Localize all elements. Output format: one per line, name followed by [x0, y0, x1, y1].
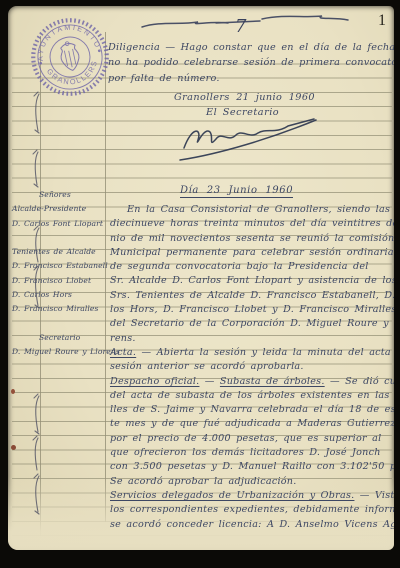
handwritten-line: [12, 231, 106, 245]
handwritten-line: los Hors, D. Francisco Llobet y D. Franc…: [110, 303, 394, 317]
handwritten-line: de segunda convocatoria bajo la Presiden…: [110, 260, 394, 274]
handwritten-line: D. Carlos Hors: [12, 288, 106, 302]
handwritten-line: D. Francisco Estabanell: [12, 259, 106, 273]
handwritten-line: que ofrecieron los demás licitadores D. …: [110, 446, 394, 460]
handwritten-line: te mes y de que fué adjudicada a Maderas…: [110, 417, 394, 431]
scanned-minute-book-photo: AYUNTAMIENTO GRANOLLERS 7 1 Diligencia —…: [0, 0, 400, 568]
handwritten-line: Srs. Tenientes de Alcalde D. Francisco E…: [110, 289, 394, 303]
handwritten-line: Despacho oficial. — Subasta de árboles. …: [110, 375, 394, 389]
handwritten-line: D. Francisco Miralles: [12, 302, 106, 316]
handwritten-line: Se acordó aprobar la adjudicación.: [110, 475, 394, 489]
handwritten-line: del acta de subasta de los árboles exist…: [110, 389, 394, 403]
svg-text:GRANOLLERS: GRANOLLERS: [44, 57, 103, 92]
handwritten-line: D. Miguel Roure y Llorens: [12, 345, 106, 359]
handwritten-line: Acta. — Abierta la sesión y leida la min…: [110, 346, 394, 360]
stamp-crest-emblem: [58, 40, 82, 72]
handwritten-line: rens.: [110, 332, 394, 346]
handwritten-line: Sr. Alcalde D. Carlos Font Llopart y asi…: [110, 274, 394, 288]
handwritten-line: no ha podido celebrarse sesión de primer…: [108, 55, 394, 70]
handwritten-line: diecinueve horas treinta minutos del día…: [110, 217, 394, 231]
ink-spot: [11, 445, 16, 450]
handwritten-line: D. Carlos Font Llopart: [12, 217, 106, 231]
handwritten-line: Tenientes de Alcalde: [12, 245, 106, 259]
handwritten-line: Secretario: [12, 331, 106, 345]
handwritten-line: se acordó conceder licencia: A D. Anselm…: [110, 518, 394, 532]
session-minutes-text: En la Casa Consistorial de Granollers, s…: [110, 203, 394, 532]
handwritten-line: por falta de número.: [108, 71, 394, 86]
handwritten-line: por el precio de 4.000 pesetas, que es s…: [110, 432, 394, 446]
handwritten-line: Señores: [12, 188, 106, 202]
handwritten-line: del Secretario de la Corporación D. Migu…: [110, 317, 394, 331]
handwritten-line: Alcalde-Presidente: [12, 202, 106, 216]
stamp-ring-bottom-text: GRANOLLERS: [44, 57, 103, 92]
ledger-page: AYUNTAMIENTO GRANOLLERS 7 1 Diligencia —…: [8, 6, 394, 550]
secretary-signature: [176, 112, 326, 166]
handwritten-line: Diligencia — Hago constar que en el día …: [108, 40, 394, 55]
svg-text:AYUNTAMIENTO: AYUNTAMIENTO: [29, 16, 103, 63]
struck-page-number: 7: [138, 10, 352, 40]
handwritten-line: los correspondientes expedientes, debida…: [110, 503, 394, 517]
handwritten-line: lles de S. Jaime y Navarra celebrada el …: [110, 403, 394, 417]
stamp-ring-top-text: AYUNTAMIENTO: [29, 16, 103, 63]
handwritten-line: D. Francisco Llobet: [12, 274, 106, 288]
handwritten-line: nio de mil novecientos sesenta se reunió…: [110, 232, 394, 246]
stamp-star-left: [39, 62, 42, 65]
handwritten-line: sesión anterior se acordó aprobarla.: [110, 360, 394, 374]
ayuntamiento-granollers-stamp: AYUNTAMIENTO GRANOLLERS: [20, 6, 120, 108]
session-date-heading: Día 23 Junio 1960: [180, 185, 293, 198]
handwritten-line: Municipal permanente para celebrar sesió…: [110, 246, 394, 260]
diligencia-dateline: Granollers 21 junio 1960: [174, 90, 394, 105]
old-page-number: 7: [235, 16, 247, 37]
diligencia-note: Diligencia — Hago constar que en el día …: [108, 40, 394, 120]
page-number: 1: [378, 12, 386, 30]
handwritten-line: En la Casa Consistorial de Granollers, s…: [110, 203, 394, 217]
stamp-star-right: [98, 49, 101, 52]
handwritten-line: Servicios delegados de Urbanización y Ob…: [110, 489, 394, 503]
handwritten-line: [12, 317, 106, 331]
diligencia-text: Diligencia — Hago constar que en el día …: [108, 40, 394, 86]
handwritten-line: con 3.500 pesetas y D. Manuel Raillo con…: [110, 460, 394, 474]
ink-spot: [11, 389, 15, 394]
attendees-margin-list: SeñoresAlcalde-PresidenteD. Carlos Font …: [12, 188, 106, 360]
